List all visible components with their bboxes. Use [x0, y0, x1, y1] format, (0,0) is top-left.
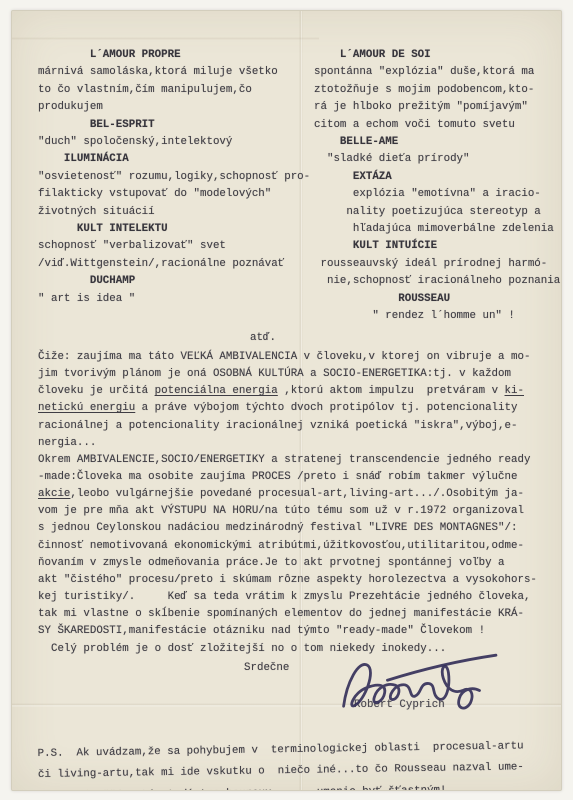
letter-line: jim tvorivým plánom je oná OSOBNÁ KULTÚR… [38, 366, 539, 383]
term-block: EXTÁZA explózia "emotívna" a iracio- nal… [314, 169, 560, 239]
letter-text: racionálnej a potencionality iracionálne… [38, 420, 517, 432]
letter-text: nergia... [38, 437, 96, 449]
term-heading: BELLE-AME [314, 134, 560, 151]
letter-line: ňovaním v zmysle odmeňovania práce.Je to… [38, 555, 539, 572]
term-comparison-grid: L´AMOUR PROPREmárnivá samoláska,ktorá mi… [38, 47, 539, 326]
top-fold-crease [12, 37, 319, 40]
scanned-letter-page: { "colors": { "paper": "#ebe6d7", "ink":… [0, 0, 573, 800]
term-definition-line: explózia "emotívna" a iracio- [314, 186, 560, 203]
typed-name: Robert Cyprich [38, 697, 539, 714]
term-definition-line: to čo vlastním,čím manipulujem,čo [38, 82, 310, 99]
term-heading: L´AMOUR PROPRE [38, 47, 310, 64]
term-block: L´AMOUR DE SOIspontánna "explózia" duše,… [314, 47, 560, 134]
letter-text: ,ktorú aktom impulzu pretváram v [278, 385, 505, 397]
letter-line: -made:Človeka ma osobite zaujíma PROCES … [38, 469, 539, 486]
letter-line: Okrem AMBIVALENCIE,SOCIO/ENERGETIKY a st… [38, 452, 539, 469]
term-definition-line: hľadajúca mimoverbálne zdelenia [314, 221, 560, 238]
term-block: DUCHAMP" art is idea " [38, 273, 310, 308]
underlined-text: akcie [38, 488, 70, 500]
term-heading: ROUSSEAU [314, 291, 560, 308]
term-definition-line: /viď.Wittgenstein/,racionálne poznávať [38, 256, 310, 273]
term-heading: KULT INTUÍCIE [314, 238, 560, 255]
underlined-text: potenciálna energia [155, 385, 278, 397]
salutation: Srdečne [38, 660, 539, 677]
letter-text: kej turistiky/. Keď sa teda vrátim k zmy… [38, 591, 530, 603]
letter-text: Celý problém je o dosť zložitejší no o t… [38, 643, 446, 655]
term-definition-line: produkujem [38, 99, 310, 116]
letter-text: ,leobo vulgárnejšie povedané procesual-a… [70, 488, 524, 500]
term-definition-line: "sladké dieťa prírody" [314, 151, 560, 168]
term-heading: KULT INTELEKTU [38, 221, 310, 238]
letter-line: kej turistiky/. Keď sa teda vrátim k zmy… [38, 589, 539, 606]
letter-text: Čiže: zaujíma ma táto VEĽKÁ AMBIVALENCIA… [38, 351, 530, 363]
letter-paper: L´AMOUR PROPREmárnivá samoláska,ktorá mi… [11, 10, 562, 791]
term-definition-line: " art is idea " [38, 291, 310, 308]
letter-line: činnosť nemotivovaná ekonomickými atribú… [38, 538, 539, 555]
term-definition-line: ztotožňuje s mojim podobencom,kto- [314, 82, 560, 99]
letter-text: a práve výbojom týchto dvoch protipólov … [135, 402, 517, 414]
letter-text: SY ŠKAREDOSTI,manifestácie otázniku nad … [38, 625, 485, 637]
column-left: L´AMOUR PROPREmárnivá samoláska,ktorá mi… [38, 47, 310, 326]
term-definition-line: nie,schopnosť iracionálneho poznania [314, 273, 560, 290]
letter-line: akt "čistého" procesu/preto i skúmam rôz… [38, 572, 539, 589]
letter-text: tak mi vlastne o skĺbenie spomínaných el… [38, 608, 524, 620]
underlined-text: ki- [505, 385, 524, 397]
letter-content: L´AMOUR PROPREmárnivá samoláska,ktorá mi… [38, 47, 539, 791]
term-block: ILUMINÁCIA"osvietenosť" rozumu,logiky,sc… [38, 151, 310, 221]
closing-block: Srdečne Robert Cyprich [38, 660, 539, 730]
letter-text: vom je pre mňa akt VÝSTUPU NA HORU/na tú… [38, 505, 524, 517]
term-block: L´AMOUR PROPREmárnivá samoláska,ktorá mi… [38, 47, 310, 117]
term-block: ROUSSEAU " rendez l´homme un" ! [314, 291, 560, 326]
term-definition-line: rá je hlboko prežitým "pomíjavým" [314, 99, 560, 116]
term-definition-line: nality poetizujúca stereotyp a [314, 204, 560, 221]
letter-text: človeku je určitá [38, 385, 155, 397]
letter-line: racionálnej a potencionality iracionálne… [38, 418, 539, 435]
term-definition-line: schopnosť "verbalizovať" svet [38, 238, 310, 255]
letter-line: Celý problém je o dosť zložitejší no o t… [38, 641, 539, 658]
letter-text: ňovaním v zmysle odmeňovania práce.Je to… [38, 557, 505, 569]
term-definition-line: životných situácií [38, 204, 310, 221]
underlined-text: netickú energiu [38, 402, 135, 414]
term-block: BELLE-AME "sladké dieťa prírody" [314, 134, 560, 169]
term-heading: L´AMOUR DE SOI [314, 47, 560, 64]
term-heading: ILUMINÁCIA [38, 151, 310, 168]
letter-text: -made:Človeka ma osobite zaujíma PROCES … [38, 471, 517, 483]
letter-text: s jednou Ceylonskou nadáciou medzinárodn… [38, 522, 517, 534]
letter-line: akcie,leobo vulgárnejšie povedané proces… [38, 486, 539, 503]
letter-line: vom je pre mňa akt VÝSTUPU NA HORU/na tú… [38, 503, 539, 520]
term-definition-line: rousseauvský ideál prírodnej harmó- [314, 256, 560, 273]
letter-text: akt "čistého" procesu/preto i skúmam rôz… [38, 574, 537, 586]
term-definition-line: spontánna "explózia" duše,ktorá ma [314, 64, 560, 81]
term-block: KULT INTUÍCIE rousseauvský ideál prírodn… [314, 238, 560, 290]
letter-text: Okrem AMBIVALENCIE,SOCIO/ENERGETIKY a st… [38, 454, 530, 466]
letter-body: Čiže: zaujíma ma táto VEĽKÁ AMBIVALENCIA… [38, 349, 539, 658]
postscript-block: P.S. Ak uvádzam,že sa pohybujem v termin… [37, 736, 539, 791]
term-heading: EXTÁZA [314, 169, 560, 186]
letter-line: nergia... [38, 435, 539, 452]
letter-line: Čiže: zaujíma ma táto VEĽKÁ AMBIVALENCIA… [38, 349, 539, 366]
letter-line: tak mi vlastne o skĺbenie spomínaných el… [38, 606, 539, 623]
term-definition-line: "duch" spoločenský,intelektový [38, 134, 310, 151]
letter-text: jim tvorivým plánom je oná OSOBNÁ KULTÚR… [38, 368, 511, 380]
term-block: BEL-ESPRIT"duch" spoločenský,intelektový [38, 117, 310, 152]
letter-line: človeku je určitá potenciálna energia ,k… [38, 383, 539, 400]
term-definition-line: citom a echom voči tomuto svetu [314, 117, 560, 134]
term-definition-line: "osvietenosť" rozumu,logiky,schopnosť pr… [38, 169, 310, 186]
term-heading: DUCHAMP [38, 273, 310, 290]
column-right: L´AMOUR DE SOIspontánna "explózia" duše,… [314, 47, 560, 326]
letter-line: netickú energiu a práve výbojom týchto d… [38, 400, 539, 417]
term-heading: BEL-ESPRIT [38, 117, 310, 134]
letter-line: s jednou Ceylonskou nadáciou medzinárodn… [38, 520, 539, 537]
etc-label: atď. [38, 330, 539, 347]
letter-text: činnosť nemotivovaná ekonomickými atribú… [38, 540, 524, 552]
term-definition-line: filakticky vstupovať do "modelových" [38, 186, 310, 203]
term-definition-line: " rendez l´homme un" ! [314, 308, 560, 325]
term-block: KULT INTELEKTUschopnosť "verbalizovať" s… [38, 221, 310, 273]
term-definition-line: márnivá samoláska,ktorá miluje všetko [38, 64, 310, 81]
letter-line: SY ŠKAREDOSTI,manifestácie otázniku nad … [38, 623, 539, 640]
